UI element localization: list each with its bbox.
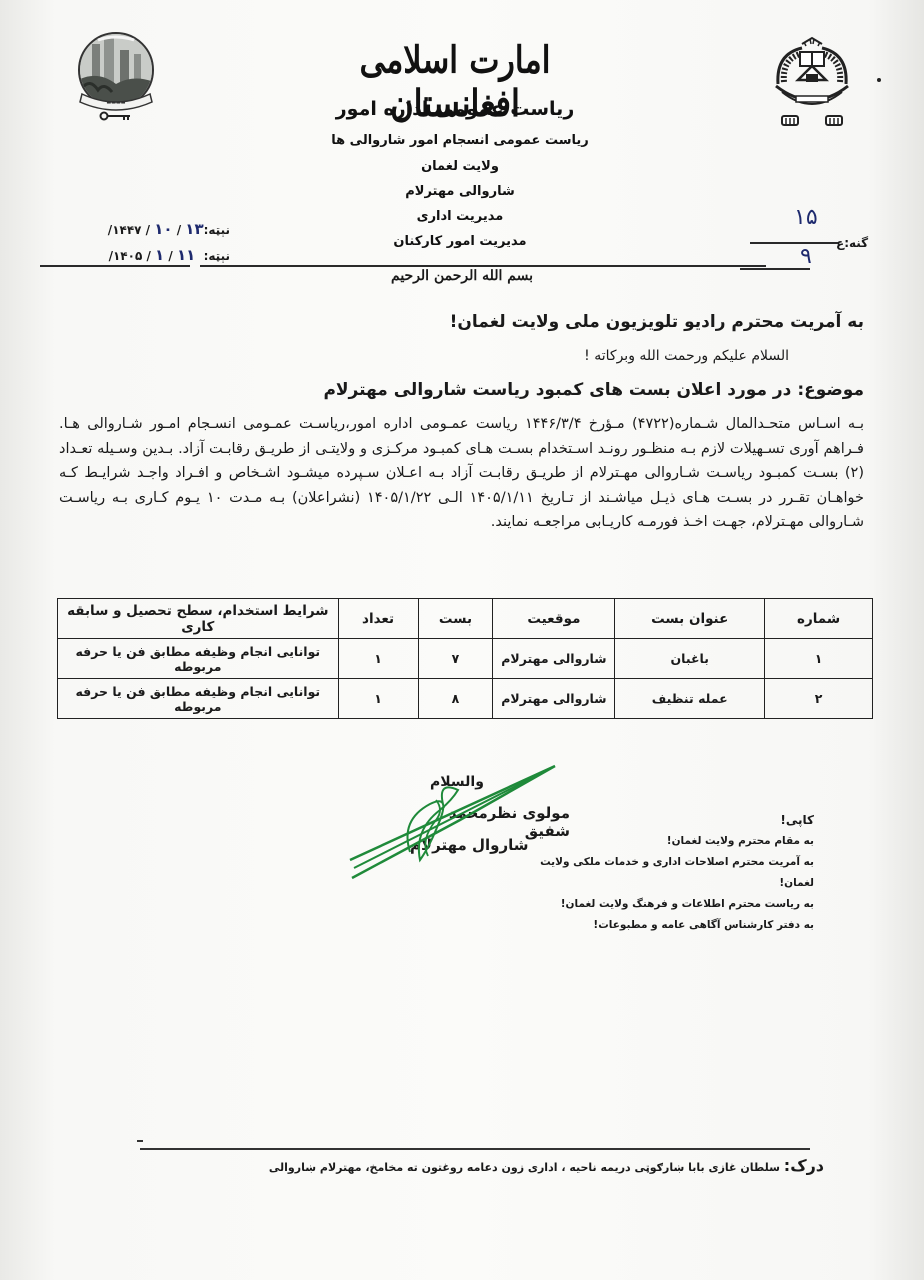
greeting: السلام علیکم ورحمت الله وبرکاته ! — [584, 348, 789, 364]
column-header-location: موقعیت — [493, 599, 615, 639]
cell-post-title: عمله تنظیف — [615, 679, 765, 719]
column-header-post-title: عنوان بست — [615, 599, 765, 639]
subject-line: موضوع: در مورد اعلان بست های کمبود ریاست… — [323, 380, 864, 400]
column-header-requirements: شرایط استخدام، سطح تحصیل و سابقه کاری — [58, 599, 339, 639]
footer-address: درک: سلطان غازی بابا ښارګوټی دریمه ناحیه… — [269, 1156, 824, 1175]
hijri-date: نېټه:۱۳ / ۱۰ / ۱۴۴۷/ — [70, 220, 230, 238]
cell-location: شاروالی مهترلام — [493, 679, 615, 719]
cell-post-title: باغبان — [615, 639, 765, 679]
column-header-grade: بست — [418, 599, 493, 639]
table-row: ۲ عمله تنظیف شاروالی مهترلام ۸ ۱ توانایی… — [58, 679, 873, 719]
table-row: ۱ باغبان شاروالی مهترلام ۷ ۱ توانایی انج… — [58, 639, 873, 679]
header-line-municipality: شاروالی مهترلام — [330, 184, 590, 199]
national-emblem-icon — [766, 36, 858, 128]
cell-requirements: توانایی انجام وظیفه مطابق فن یا حرفه مرب… — [58, 679, 339, 719]
cc-item: به مقام محترم ولایت لغمان! — [534, 831, 814, 852]
date-underline — [40, 265, 190, 267]
footer-separator — [140, 1148, 810, 1150]
reference-label: گنه:ع — [836, 232, 868, 251]
reference-number-bottom: ۹ — [800, 244, 812, 269]
solar-date: نېټه: ۱۱ / ۱ / ۱۴۰۵/ — [70, 246, 230, 264]
header-subtitle: ریاست عمومی اداره امور — [330, 98, 580, 120]
cc-list: کاپی! به مقام محترم ولایت لغمان! به آمری… — [534, 810, 814, 936]
date-day: ۱۳ — [185, 220, 203, 238]
cell-grade: ۷ — [418, 639, 493, 679]
letter-page: ▬▬▬▬ امارت اسلامی افغانستان — [0, 0, 924, 1280]
date-year: ۱۴۴۷/ — [108, 223, 142, 237]
reference-number-top: ۱۵ — [794, 205, 818, 230]
date-month: ۱ — [155, 246, 164, 264]
header-separator — [200, 265, 766, 267]
letter-body: بـه اسـاس متحـدالمال شـماره(۴۷۲۲) مـؤرخ … — [59, 412, 864, 535]
column-header-number: شماره — [765, 599, 873, 639]
reference-underline — [740, 268, 810, 270]
footer-label: درک: — [784, 1156, 824, 1175]
footer-dash — [137, 1140, 143, 1142]
decorative-dot — [877, 78, 881, 82]
date-month: ۱۰ — [154, 220, 172, 238]
date-year: ۱۴۰۵/ — [109, 249, 143, 263]
cc-item: به دفتر کارشناس آگاهی عامه و مطبوعات! — [534, 915, 814, 936]
cell-number: ۱ — [765, 639, 873, 679]
bismillah: بسم الله الرحمن الرحیم — [352, 268, 572, 284]
cell-requirements: توانایی انجام وظیفه مطابق فن یا حرفه مرب… — [58, 639, 339, 679]
header-line-admin: مدیریت اداری — [330, 209, 590, 224]
header-line-province: ولایت لغمان — [330, 159, 590, 174]
emblem-calligraphy: امارت اسلامی افغانستان — [340, 38, 570, 100]
cell-count: ۱ — [338, 639, 418, 679]
cc-title: کاپی! — [534, 810, 814, 831]
header-line-directorate: ریاست عمومی انسجام امور شاروالی ها — [330, 133, 590, 148]
footer-address-text: سلطان غازی بابا ښارګوټی دریمه ناحیه ، اد… — [269, 1161, 780, 1174]
date-label: نېټه: — [204, 249, 230, 263]
date-label: نېټه: — [204, 223, 230, 237]
cc-item: به آمریت محترم اصلاحات اداری و خدمات ملک… — [534, 852, 814, 894]
table-header-row: شماره عنوان بست موقعیت بست تعداد شرایط ا… — [58, 599, 873, 639]
municipality-seal-icon: ▬▬▬▬ — [68, 30, 164, 122]
cc-item: به ریاست محترم اطلاعات و فرهنگ ولایت لغم… — [534, 894, 814, 915]
cell-location: شاروالی مهترلام — [493, 639, 615, 679]
cell-number: ۲ — [765, 679, 873, 719]
svg-text:▬▬▬▬: ▬▬▬▬ — [107, 100, 126, 106]
reference-fraction-line — [750, 242, 838, 244]
header-line-hr: مدیریت امور کارکنان — [330, 234, 590, 249]
date-day: ۱۱ — [177, 246, 195, 264]
cell-count: ۱ — [338, 679, 418, 719]
cell-grade: ۸ — [418, 679, 493, 719]
addressee: به آمریت محترم رادیو تلویزیون ملی ولایت … — [450, 312, 864, 332]
vacancy-table: شماره عنوان بست موقعیت بست تعداد شرایط ا… — [57, 598, 873, 719]
column-header-count: تعداد — [338, 599, 418, 639]
